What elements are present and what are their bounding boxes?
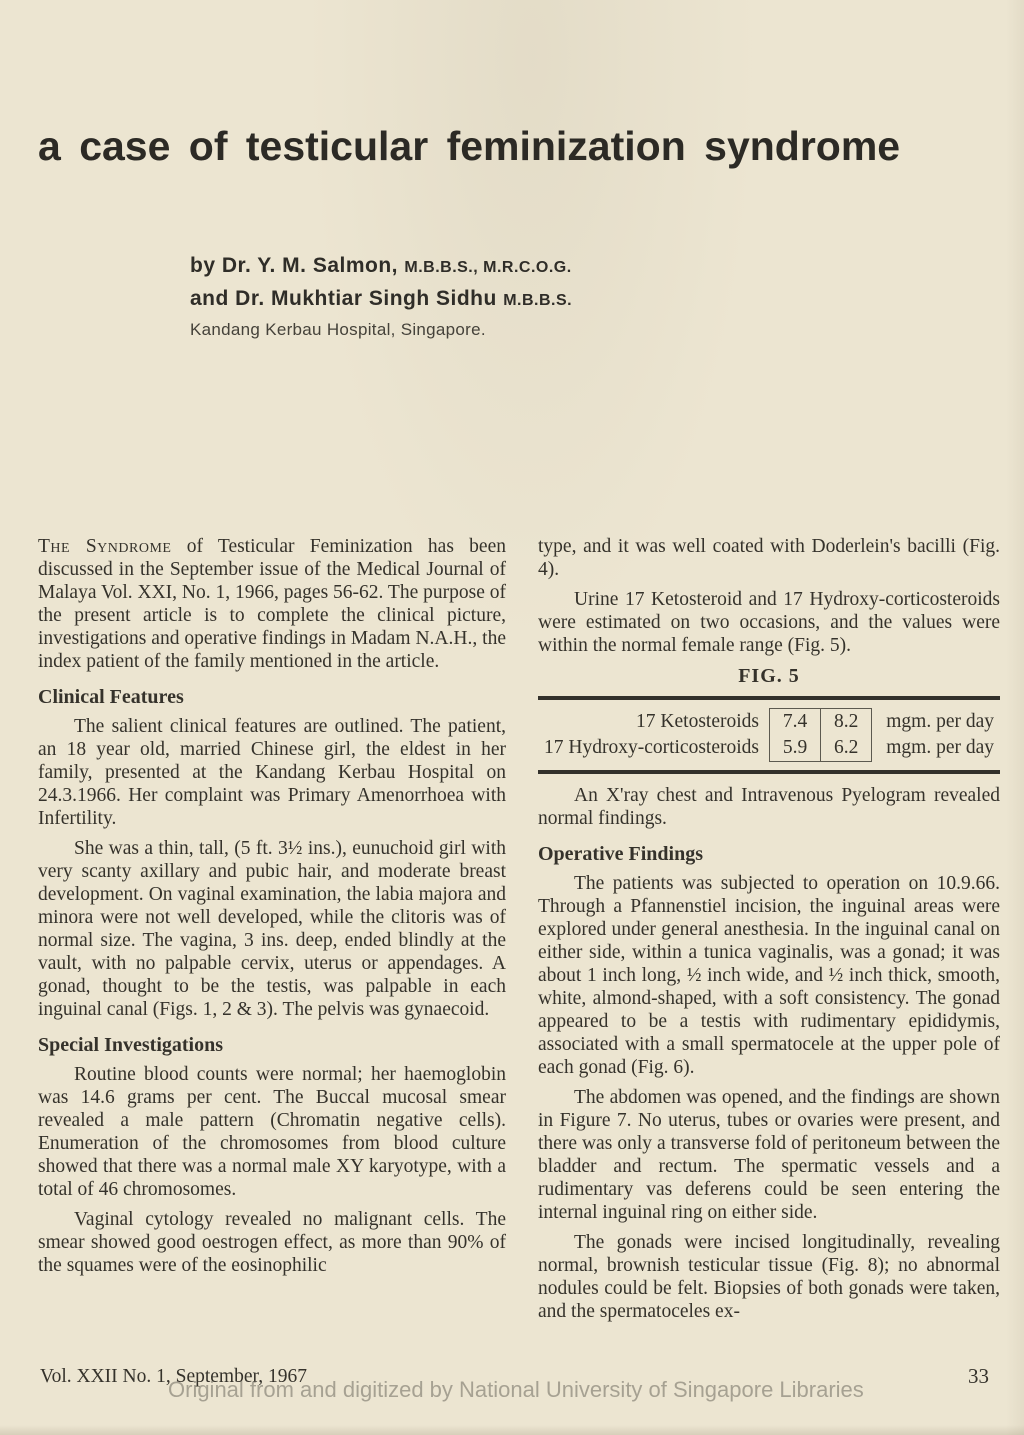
row-2-unit: mgm. per day	[872, 735, 1000, 762]
right-column: type, and it was well coated with Doderl…	[538, 535, 1000, 1330]
row-1-value-2: 8.2	[821, 709, 872, 736]
author-2-qualifications: M.B.B.S.	[503, 292, 572, 309]
row-2-label: 17 Hydroxy-corticosteroids	[538, 735, 770, 762]
article-title: a case of testicular feminization syndro…	[38, 123, 978, 170]
byline-block: by Dr. Y. M. Salmon, M.B.B.S., M.R.C.O.G…	[190, 254, 572, 340]
intro-lead-smallcaps: The Syndrome	[38, 536, 171, 557]
row-2-value-1: 5.9	[770, 735, 821, 762]
affiliation: Kandang Kerbau Hospital, Singapore.	[190, 320, 572, 340]
urine-paragraph: Urine 17 Ketosteroid and 17 Hydroxy-cort…	[538, 588, 1000, 657]
operative-paragraph-2: The abdomen was opened, and the findings…	[538, 1086, 1000, 1224]
page-number: 33	[968, 1364, 989, 1389]
row-1-value-1: 7.4	[770, 709, 821, 736]
row-2-value-2: 6.2	[821, 735, 872, 762]
author-1-qualifications: M.B.B.S., M.R.C.O.G.	[404, 259, 571, 276]
heading-operative-findings: Operative Findings	[538, 843, 1000, 866]
heading-special-investigations: Special Investigations	[38, 1034, 506, 1057]
row-1-unit: mgm. per day	[872, 709, 1000, 736]
table-row: 17 Ketosteroids 7.4 8.2 mgm. per day	[538, 709, 1000, 736]
author-1-name: by Dr. Y. M. Salmon,	[190, 254, 398, 277]
article-body: The Syndrome of Testicular Feminization …	[38, 535, 1000, 1330]
continuation-paragraph: type, and it was well coated with Doderl…	[538, 535, 1000, 581]
library-watermark: Original from and digitized by National …	[168, 1377, 868, 1403]
special-paragraph-1: Routine blood counts were normal; her ha…	[38, 1063, 506, 1201]
figure-5-caption: FIG. 5	[538, 665, 1000, 688]
heading-clinical-features: Clinical Features	[38, 686, 506, 709]
clinical-paragraph-1: The salient clinical features are outlin…	[38, 715, 506, 830]
xray-paragraph: An X'ray chest and Intravenous Pyelogram…	[538, 784, 1000, 830]
figure-5-top-rule	[538, 696, 1000, 700]
author-line-1: by Dr. Y. M. Salmon, M.B.B.S., M.R.C.O.G…	[190, 254, 572, 278]
author-2-name: and Dr. Mukhtiar Singh Sidhu	[190, 287, 497, 310]
author-line-2: and Dr. Mukhtiar Singh Sidhu M.B.B.S.	[190, 287, 572, 311]
clinical-paragraph-2: She was a thin, tall, (5 ft. 3½ ins.), e…	[38, 837, 506, 1021]
left-column: The Syndrome of Testicular Feminization …	[38, 535, 506, 1330]
special-paragraph-2: Vaginal cytology revealed no malignant c…	[38, 1208, 506, 1277]
figure-5-bottom-rule	[538, 770, 1000, 774]
table-row: 17 Hydroxy-corticosteroids 5.9 6.2 mgm. …	[538, 735, 1000, 762]
row-1-label: 17 Ketosteroids	[538, 709, 770, 736]
operative-paragraph-1: The patients was subjected to operation …	[538, 872, 1000, 1079]
figure-5-table: 17 Ketosteroids 7.4 8.2 mgm. per day 17 …	[538, 708, 1000, 762]
figure-5: FIG. 5 17 Ketosteroids 7.4 8.2 mgm. per …	[538, 665, 1000, 774]
intro-paragraph: The Syndrome of Testicular Feminization …	[38, 535, 506, 673]
operative-paragraph-3: The gonads were incised longitudinally, …	[538, 1231, 1000, 1323]
